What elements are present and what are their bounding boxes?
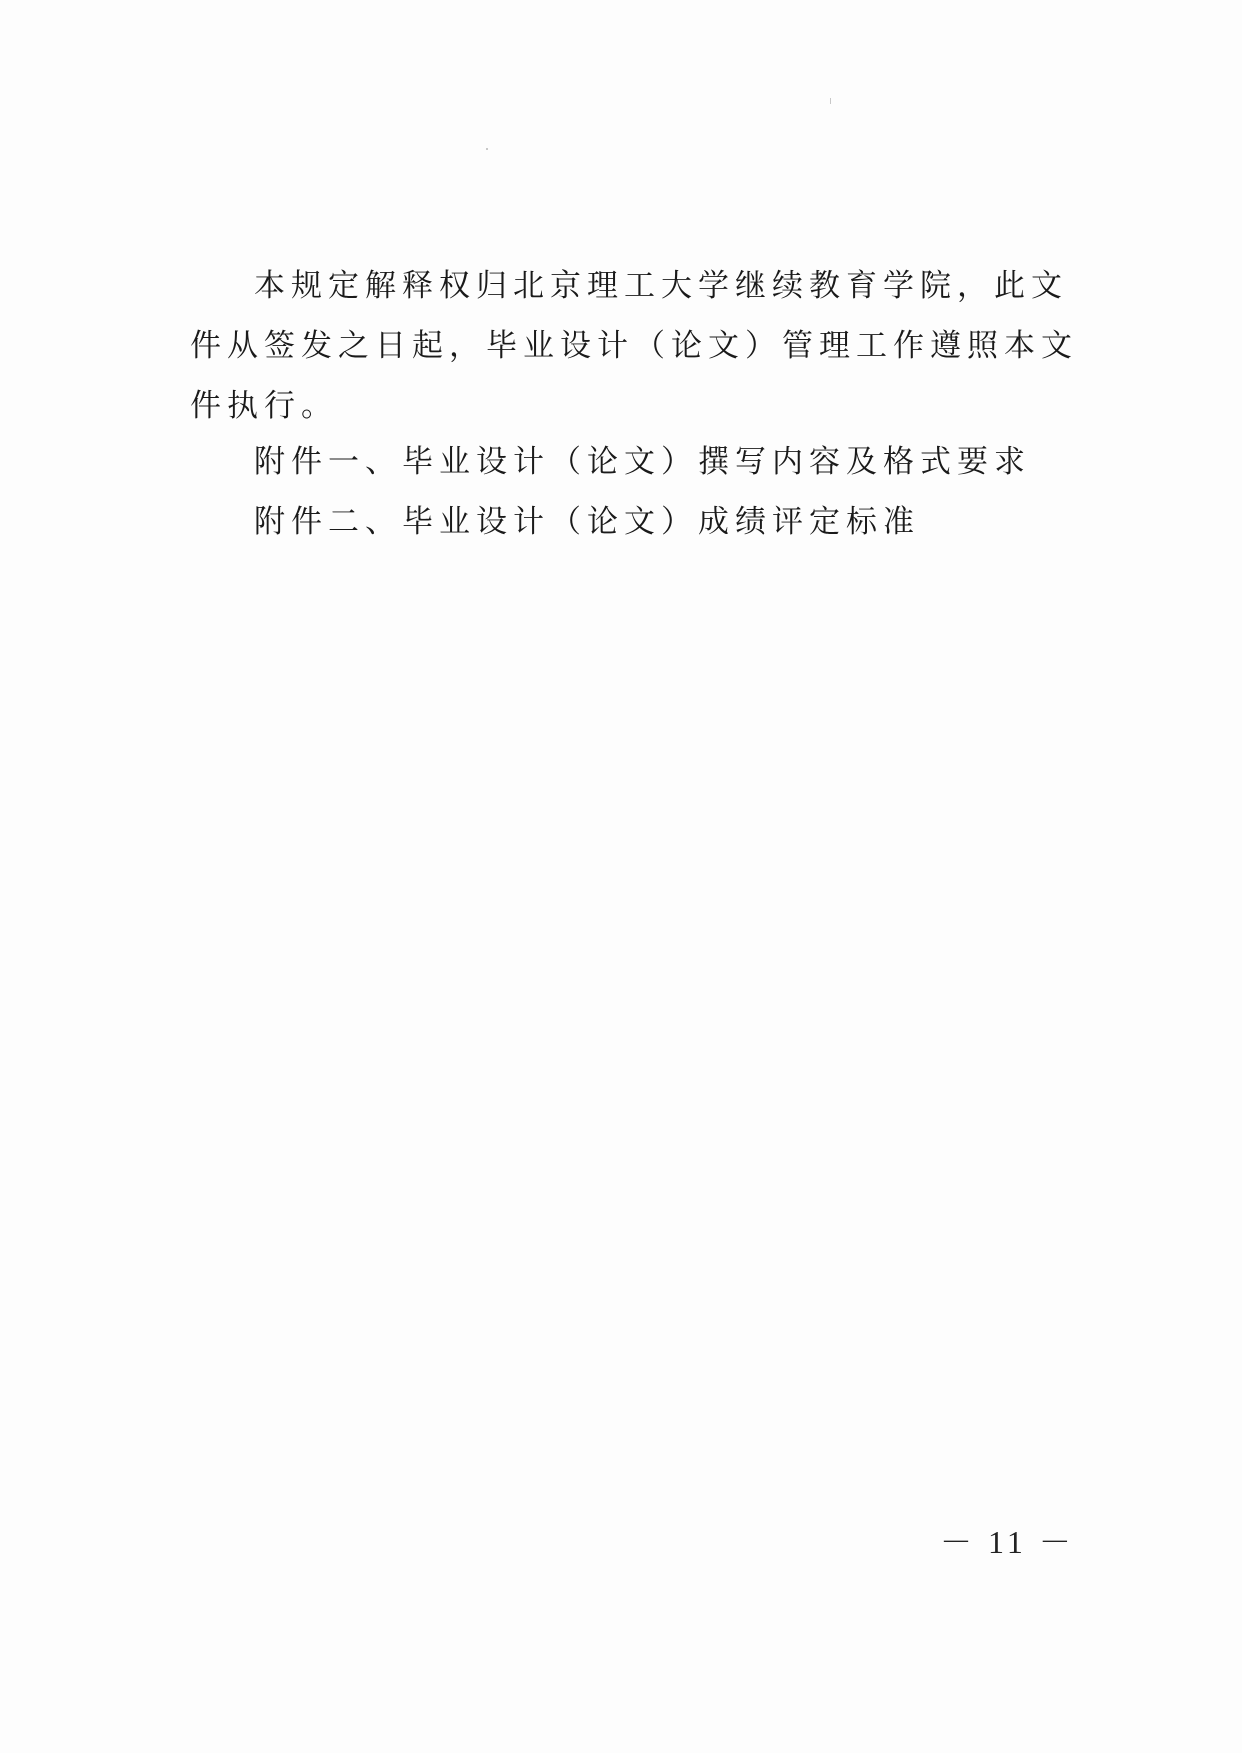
scan-artifact xyxy=(486,148,488,150)
attachment-item-1: 附件一、毕业设计（论文）撰写内容及格式要求 xyxy=(254,432,1031,492)
attachment-item-2: 附件二、毕业设计（论文）成绩评定标准 xyxy=(254,492,1031,552)
attachment-list: 附件一、毕业设计（论文）撰写内容及格式要求 附件二、毕业设计（论文）成绩评定标准 xyxy=(254,432,1031,552)
body-paragraph: 本规定解释权归北京理工大学继续教育学院，此文件从签发之日起，毕业设计（论文）管理… xyxy=(190,256,1090,436)
document-page: 本规定解释权归北京理工大学继续教育学院，此文件从签发之日起，毕业设计（论文）管理… xyxy=(0,0,1242,1753)
page-number: － 11 － xyxy=(940,1517,1075,1563)
scan-artifact xyxy=(830,98,831,104)
